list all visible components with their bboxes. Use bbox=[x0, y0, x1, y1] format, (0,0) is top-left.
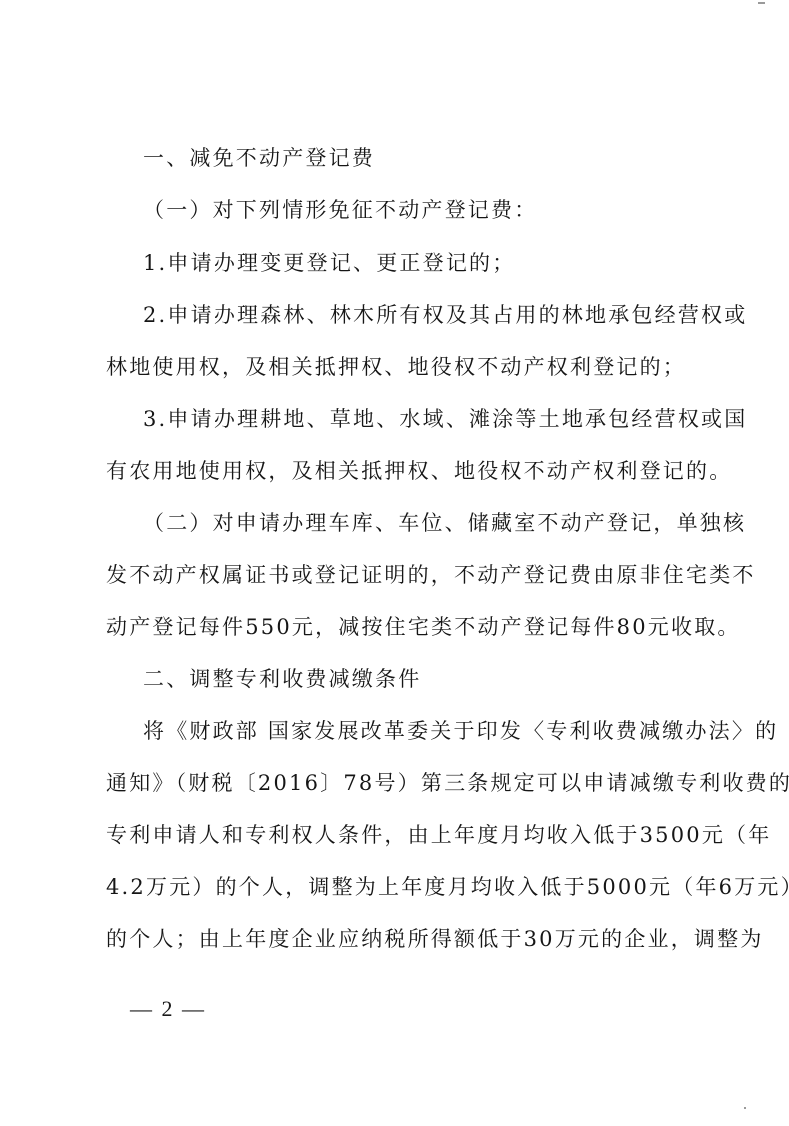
section-heading-2: 二、调整专利收费减缴条件 bbox=[143, 665, 743, 693]
section-2-paragraph-line-2: 通知》（财税〔2016〕78号）第三条规定可以申请减缴专利收费的 bbox=[106, 769, 698, 797]
scan-artifact bbox=[758, 2, 765, 4]
subsection-heading-1-1: （一）对下列情形免征不动产登记费： bbox=[143, 196, 743, 224]
subsection-1-2-line-2: 发不动产权属证书或登记证明的，不动产登记费由原非住宅类不 bbox=[106, 561, 698, 589]
section-2-paragraph-line-4: 4.2万元）的个人，调整为上年度月均收入低于5000元（年6万元） bbox=[106, 873, 698, 901]
subsection-1-2-line-3: 动产登记每件550元，减按住宅类不动产登记每件80元收取。 bbox=[106, 613, 706, 641]
document-page: 一、减免不动产登记费 （一）对下列情形免征不动产登记费： 1.申请办理变更登记、… bbox=[0, 0, 789, 1126]
list-item-3-line-1: 3.申请办理耕地、草地、水域、滩涂等土地承包经营权或国 bbox=[143, 405, 698, 433]
section-2-paragraph-line-1: 将《财政部 国家发展改革委关于印发〈专利收费减缴办法〉的 bbox=[143, 717, 698, 745]
page-number: — 2 — bbox=[130, 995, 206, 1023]
section-2-paragraph-line-5: 的个人；由上年度企业应纳税所得额低于30万元的企业，调整为 bbox=[106, 925, 698, 953]
list-item-2-line-1: 2.申请办理森林、林木所有权及其占用的林地承包经营权或 bbox=[143, 301, 698, 329]
list-item-3-line-2: 有农用地使用权，及相关抵押权、地役权不动产权利登记的。 bbox=[106, 457, 706, 485]
subsection-1-2-line-1: （二）对申请办理车库、车位、储藏室不动产登记，单独核 bbox=[143, 509, 698, 537]
scan-artifact bbox=[744, 1107, 746, 1109]
list-item-2-line-2: 林地使用权，及相关抵押权、地役权不动产权利登记的； bbox=[106, 353, 706, 381]
section-2-paragraph-line-3: 专利申请人和专利权人条件，由上年度月均收入低于3500元（年 bbox=[106, 821, 698, 849]
list-item-1: 1.申请办理变更登记、更正登记的； bbox=[143, 249, 743, 277]
section-heading-1: 一、减免不动产登记费 bbox=[143, 144, 743, 172]
